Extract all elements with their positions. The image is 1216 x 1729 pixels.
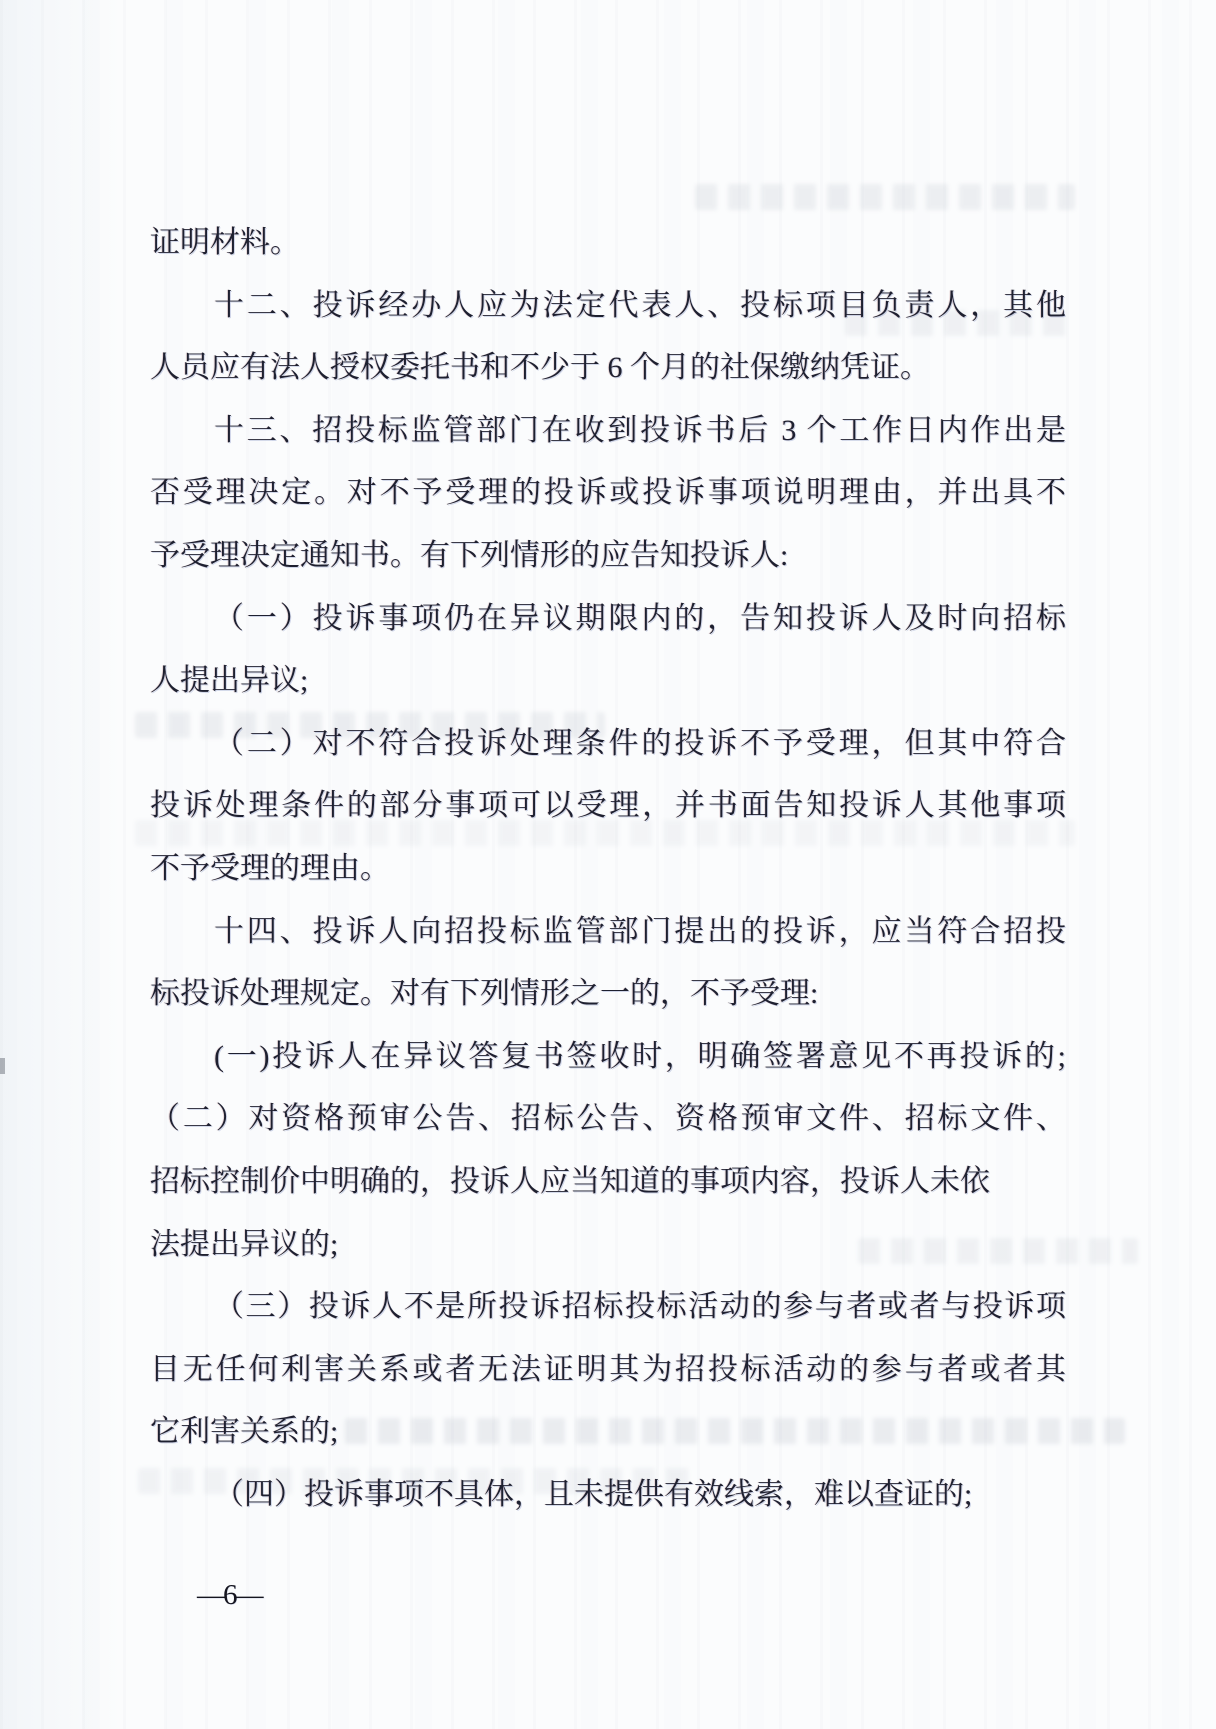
text-line: 不予受理的理由。 (150, 838, 1066, 901)
text-line: 目无任何利害关系或者无法证明其为招投标活动的参与者或者其 (150, 1339, 1066, 1402)
document-body: 证明材料。 十二、投诉经办人应为法定代表人、投标项目负责人，其他 人员应有法人授… (150, 212, 1066, 1526)
page-number: —6— (197, 1580, 261, 1610)
bleed-through-smudge (695, 184, 1075, 210)
text-line: （四）投诉事项不具体，且未提供有效线索，难以查证的; (150, 1464, 1066, 1527)
text-line: （一）投诉事项仍在异议期限内的，告知投诉人及时向招标 (150, 588, 1066, 651)
text-line: 十二、投诉经办人应为法定代表人、投标项目负责人，其他 (150, 275, 1066, 338)
text-line: 人员应有法人授权委托书和不少于 6 个月的社保缴纳凭证。 (150, 337, 1066, 400)
text-line: 它利害关系的; (150, 1401, 1066, 1464)
text-line: 标投诉处理规定。对有下列情形之一的，不予受理: (150, 963, 1066, 1026)
text-line: 法提出异议的; (150, 1214, 1066, 1277)
scan-edge-speck (0, 1058, 5, 1074)
scanned-document-page: { "document": { "lines": [ "证明材料。", "十二、… (0, 0, 1216, 1729)
text-line: 证明材料。 (150, 212, 1066, 275)
text-line: 否受理决定。对不予受理的投诉或投诉事项说明理由，并出具不 (150, 462, 1066, 525)
text-line: 人提出异议; (150, 650, 1066, 713)
text-line: （三）投诉人不是所投诉招标投标活动的参与者或者与投诉项 (150, 1276, 1066, 1339)
text-line: (一)投诉人在异议答复书签收时，明确签署意见不再投诉的; (150, 1026, 1066, 1089)
text-line: 投诉处理条件的部分事项可以受理，并书面告知投诉人其他事项 (150, 775, 1066, 838)
text-line: （二）对资格预审公告、招标公告、资格预审文件、招标文件、 (150, 1088, 1066, 1151)
text-line: 招标控制价中明确的，投诉人应当知道的事项内容，投诉人未依 (150, 1151, 1066, 1214)
text-line: 予受理决定通知书。有下列情形的应告知投诉人: (150, 525, 1066, 588)
text-line: （二）对不符合投诉处理条件的投诉不予受理，但其中符合 (150, 713, 1066, 776)
text-line: 十四、投诉人向招投标监管部门提出的投诉，应当符合招投 (150, 901, 1066, 964)
text-line: 十三、招投标监管部门在收到投诉书后 3 个工作日内作出是 (150, 400, 1066, 463)
